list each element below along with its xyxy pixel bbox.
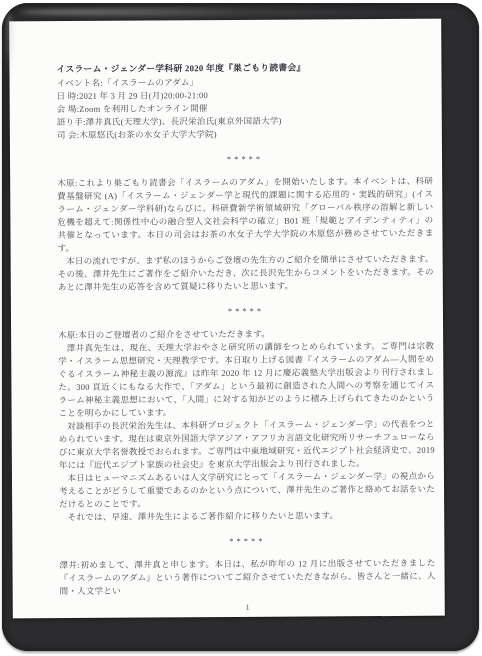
photo-frame: イスラーム・ジェンダー学科研 2020 年度『巣ごもり読書会』 イベント名:「イ… xyxy=(2,3,479,651)
paragraph-sawai-opening: 澤井:初めまして、澤井真と申します。本日は、私が昨年の 12 月に出版させていた… xyxy=(59,557,435,598)
section-separator: ***** xyxy=(59,534,435,549)
meta-moderator: 司 会:木原悠氏(お茶の水女子大学大学院) xyxy=(57,127,433,142)
section-separator: ***** xyxy=(57,152,433,167)
paragraph-sawai-profile: 澤井真先生は、現在、天理大学おやさと研究所の講師をつとめられています。ご専門は宗… xyxy=(58,340,434,420)
screenshot-canvas: イスラーム・ジェンダー学科研 2020 年度『巣ごもり読書会』 イベント名:「イ… xyxy=(0,0,482,656)
section-separator: ***** xyxy=(58,304,434,319)
document-title: イスラーム・ジェンダー学科研 2020 年度『巣ごもり読書会』 xyxy=(56,61,432,76)
paragraph-kihara-opening: 木原:これより巣ごもり読書会「イスラームのアダム」を開始いたします。本イベントは… xyxy=(57,175,433,255)
document-page: イスラーム・ジェンダー学科研 2020 年度『巣ごもり読書会』 イベント名:「イ… xyxy=(9,19,445,619)
paragraph-nagasawa-profile: 対談相手の長沢栄治先生は、本科研プロジェクト「イスラーム・ジェンダー学」の代表を… xyxy=(59,418,435,472)
paragraph-agenda: 本日の流れですが、まず私のほうからご登壇の先生方のご紹介を簡単にさせていただきま… xyxy=(58,253,434,294)
page-number: 1 xyxy=(60,600,436,615)
paragraph-transition: それでは、早速、澤井先生によるご著作紹介に移りたいと思います。 xyxy=(59,509,435,524)
paragraph-topic-note: 本日はヒューマニズムあるいは人文学研究にとって「イスラーム・ジェンダー学」の視点… xyxy=(59,470,435,511)
